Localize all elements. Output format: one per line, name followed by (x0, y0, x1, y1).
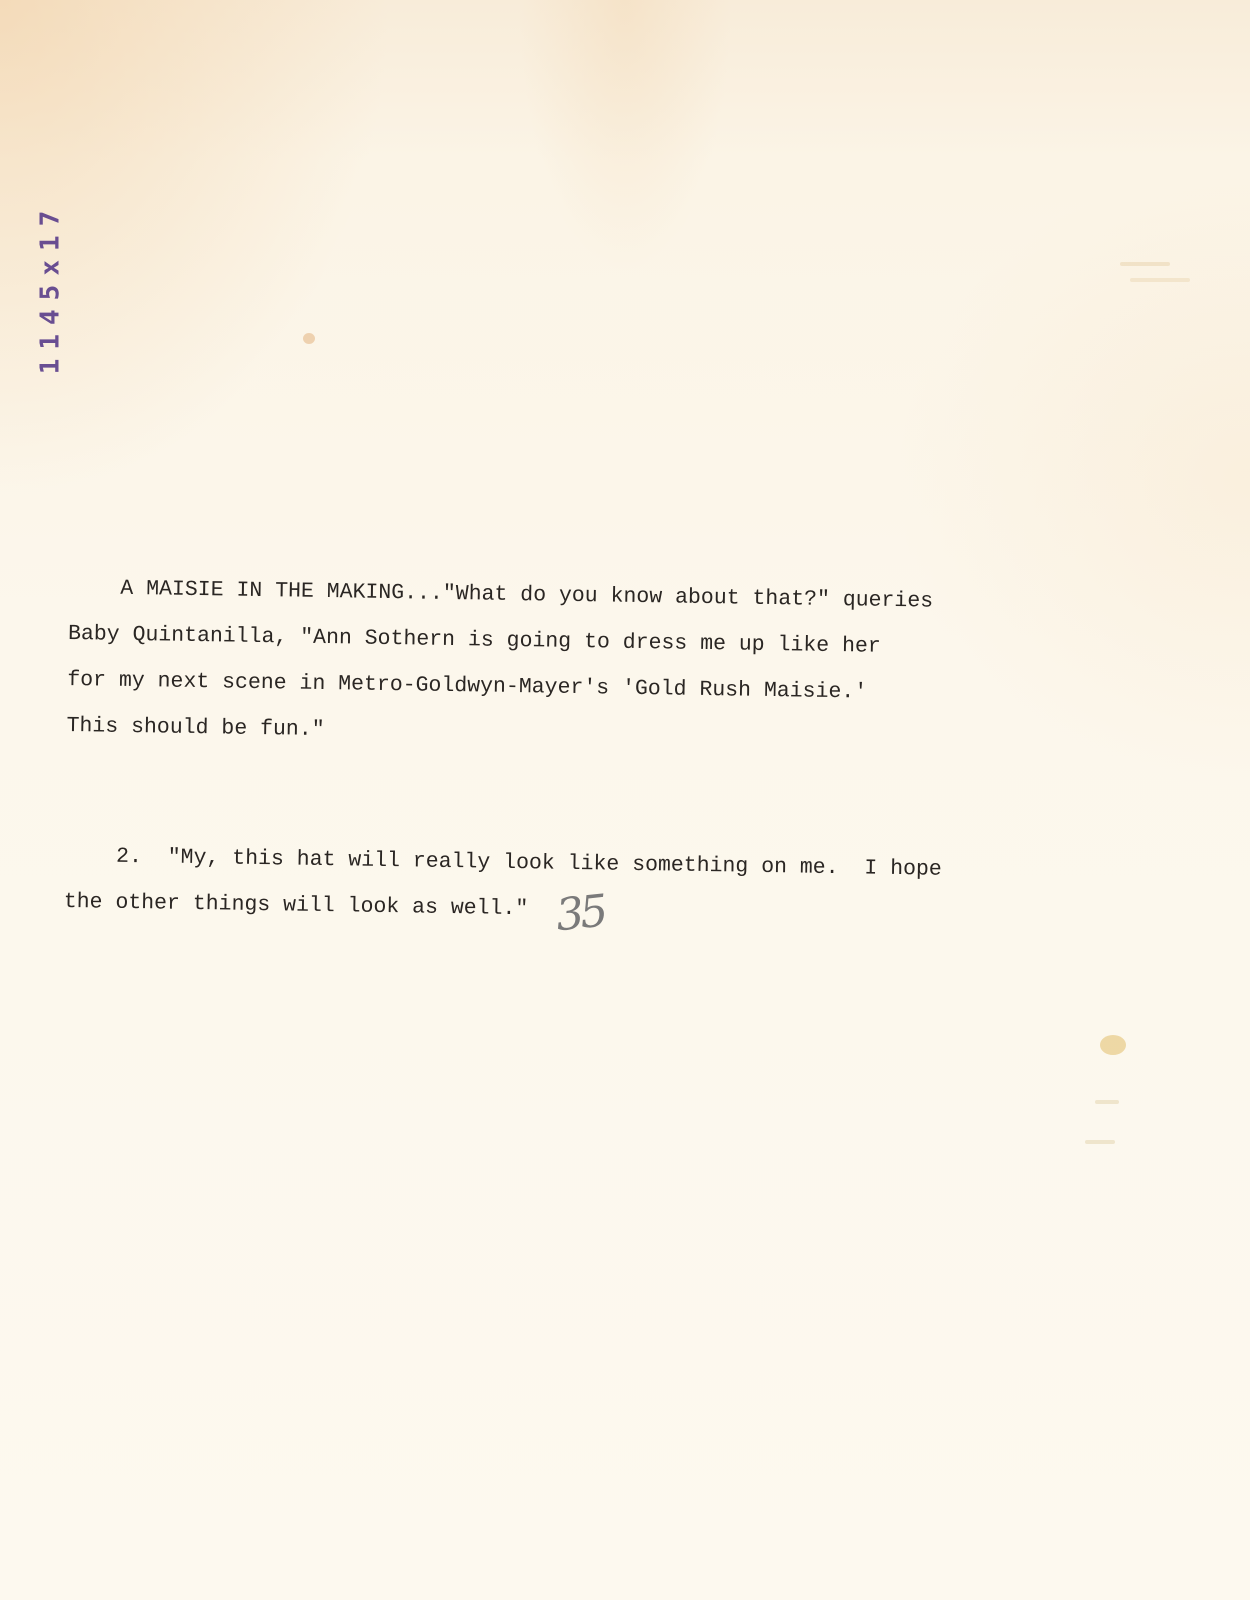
size-stamp-text: 1145x17 (35, 201, 65, 374)
paper-stain (303, 333, 315, 344)
paper-scuff (1085, 1140, 1115, 1144)
caption-line: This should be fun." (66, 714, 324, 742)
caption-line: A MAISIE IN THE MAKING..."What do you kn… (120, 577, 933, 614)
paper-stain (1100, 1035, 1126, 1055)
paper-scuff (1120, 262, 1170, 266)
size-stamp: 1145x17 (30, 180, 70, 395)
paper-scuff (1095, 1100, 1119, 1104)
caption-line: Baby Quintanilla, "Ann Sothern is going … (68, 622, 881, 659)
caption-line: for my next scene in Metro-Goldwyn-Mayer… (67, 668, 867, 705)
handwritten-page-number: 35 (553, 886, 606, 942)
caption-paragraph-1: A MAISIE IN THE MAKING..."What do you kn… (66, 554, 1079, 777)
caption-line: the other things will look as well." (64, 890, 529, 921)
paper-scuff (1130, 278, 1190, 282)
caption-line: 2. "My, this hat will really look like s… (116, 845, 942, 882)
